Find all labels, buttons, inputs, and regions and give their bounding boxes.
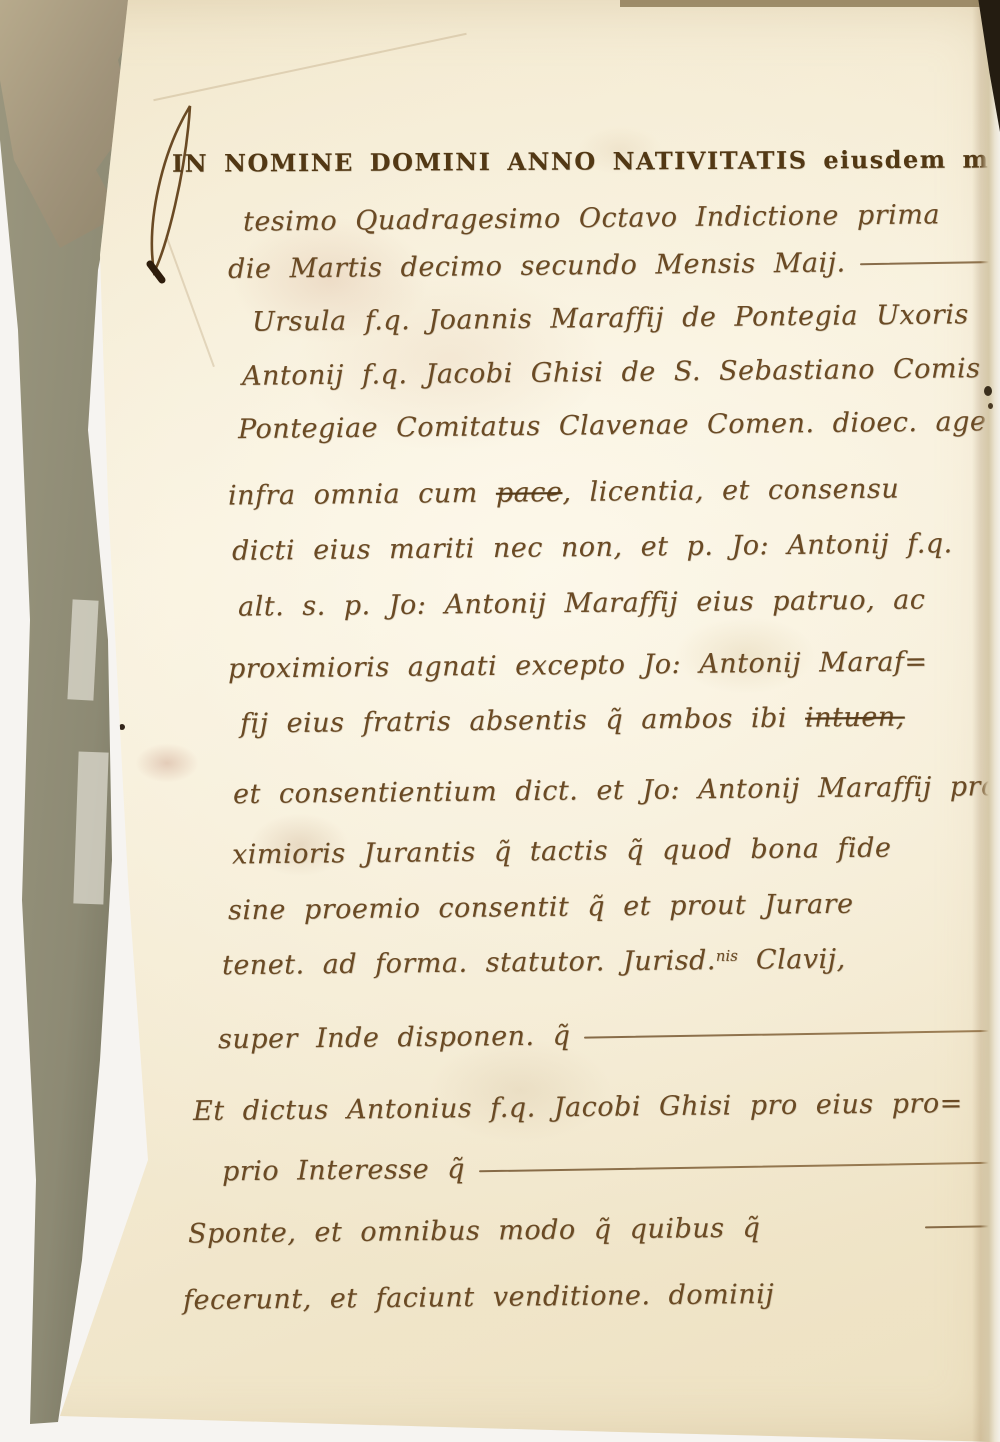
manuscript-line: super Inde disponen. q̃ [218, 1016, 1000, 1055]
manuscript-line: Ursula f.q. Joannis Maraffij de Pontegia… [252, 299, 969, 338]
manuscript-line: IN NOMINE DOMINI ANNO NATIVITATIS eiusde… [172, 143, 1000, 178]
line-text: Sponte, et omnibus modo q̃ quibus q̃ [188, 1213, 761, 1250]
manuscript-line: fecerunt, et faciunt venditione. dominij [183, 1279, 775, 1316]
initial-flourish-icon [138, 100, 208, 290]
struck-word: intuen, [805, 702, 905, 734]
ink-rule [860, 258, 1000, 265]
line-text: prio Interesse q̃ [222, 1154, 465, 1188]
manuscript-line: alt. s. p. Jo: Antonij Maraffij eius pat… [238, 584, 926, 622]
line-text: fij eius fratris absentis q̃ ambos ibi [240, 703, 805, 740]
line-text: proximioris agnati excepto Jo: Antonij M… [228, 646, 928, 684]
line-text: , licentia, et consensu [562, 473, 899, 508]
ink-speck [119, 724, 125, 730]
edge-speck [988, 403, 993, 409]
manuscript-page: IN NOMINE DOMINI ANNO NATIVITATIS eiusde… [0, 0, 1000, 1442]
page-top-edge [620, 0, 1000, 7]
line-text: Antonij f.q. Jacobi Ghisi de S. Sebastia… [242, 353, 981, 392]
line-text: infra omnia cum [228, 478, 496, 512]
manuscript-line: tesimo Quadragesimo Octavo Indictione pr… [243, 199, 940, 237]
manuscript-line: proximioris agnati excepto Jo: Antonij M… [228, 646, 928, 684]
ink-rule [479, 1161, 1000, 1172]
manuscript-line: Antonij f.q. Jacobi Ghisi de S. Sebastia… [242, 353, 981, 392]
line-text: ximioris Jurantis q̃ tactis q̃ quod bona… [232, 833, 892, 871]
line-text: fecerunt, et faciunt venditione. dominij [183, 1279, 775, 1316]
line-text: tenet. ad forma. statutor. Jurisd. [222, 945, 716, 981]
manuscript-line: fij eius fratris absentis q̃ ambos ibi i… [240, 702, 905, 740]
line-text: super Inde disponen. q̃ [218, 1020, 571, 1055]
line-text: Ursula f.q. Joannis Maraffij de Pontegia… [252, 299, 969, 338]
line-text: Et dictus Antonius f.q. Jacobi Ghisi pro… [193, 1088, 963, 1127]
edge-speck [984, 386, 992, 396]
line-text: tesimo Quadragesimo Octavo Indictione pr… [243, 199, 940, 237]
ink-rule [925, 1224, 1000, 1228]
line-text: IN NOMINE DOMINI ANNO NATIVITATIS eiusde… [172, 143, 1000, 178]
line-text: alt. s. p. Jo: Antonij Maraffij eius pat… [238, 584, 926, 622]
line-text: sine proemio consentit q̃ et prout Jurar… [228, 889, 854, 927]
line-text: Pontegiae Comitatus Clavenae Comen. dioe… [238, 406, 1000, 445]
line-text: Clavij, [738, 944, 846, 976]
line-text: die Martis decimo secundo Mensis Maij. [228, 247, 846, 284]
ink-rule [584, 1030, 1000, 1039]
manuscript-line: infra omnia cum pace, licentia, et conse… [228, 473, 899, 511]
manuscript-line: tenet. ad forma. statutor. Jurisd.nis Cl… [222, 944, 846, 982]
manuscript-line: die Martis decimo secundo Mensis Maij. [228, 244, 1000, 285]
repair-tape-patch [73, 752, 108, 905]
superscript-abbreviation: nis [716, 947, 738, 965]
line-text: dicti eius mariti nec non, et p. Jo: Ant… [232, 528, 953, 567]
manuscript-line: sine proemio consentit q̃ et prout Jurar… [228, 889, 854, 927]
struck-word: pace [496, 477, 563, 509]
manuscript-line: Pontegiae Comitatus Clavenae Comen. dioe… [238, 406, 1000, 445]
manuscript-line: prio Interesse q̃ [222, 1148, 1000, 1188]
paper-crease [153, 33, 466, 101]
manuscript-line: Sponte, et omnibus modo q̃ quibus q̃ [188, 1209, 1000, 1249]
manuscript-line: et consentientium dict. et Jo: Antonij M… [233, 771, 1000, 810]
manuscript-line: ximioris Jurantis q̃ tactis q̃ quod bona… [232, 833, 892, 871]
manuscript-line: dicti eius mariti nec non, et p. Jo: Ant… [232, 528, 953, 567]
manuscript-line: Et dictus Antonius f.q. Jacobi Ghisi pro… [193, 1088, 963, 1127]
repair-tape-patch [67, 599, 98, 700]
scanned-manuscript: IN NOMINE DOMINI ANNO NATIVITATIS eiusde… [0, 0, 1000, 1442]
line-text: et consentientium dict. et Jo: Antonij M… [233, 771, 1000, 810]
